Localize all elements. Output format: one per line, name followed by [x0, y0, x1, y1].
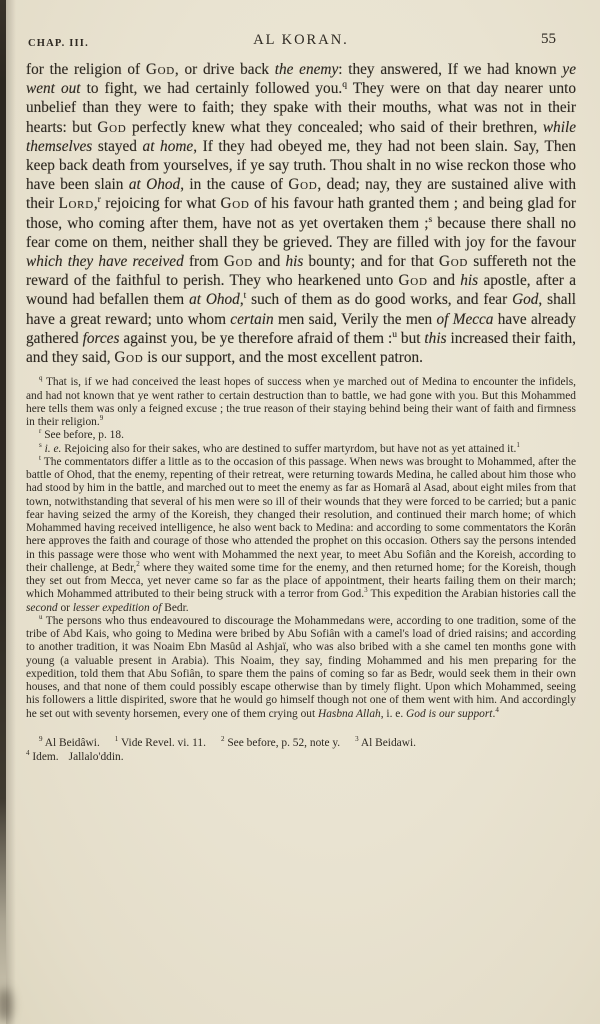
reference-marker: 2: [221, 735, 225, 743]
text-segment: second: [26, 602, 58, 614]
text-segment: stayed: [92, 138, 142, 155]
text-segment: Hasbna Allah: [318, 708, 381, 720]
text-segment: for the religion of: [26, 61, 146, 78]
page-header: CHAP. III. AL KORAN. 55: [26, 30, 576, 56]
footnotes: q That is, if we had conceived the least…: [26, 376, 576, 721]
text-segment: the enemy: [275, 61, 339, 78]
text-segment: from: [184, 253, 224, 270]
text-segment: , in the cause of: [180, 176, 288, 193]
text-segment: his: [460, 272, 478, 289]
reference-marker: 4: [26, 749, 30, 757]
note-marker: 1: [516, 441, 520, 449]
text-segment: forces: [83, 330, 120, 347]
reference-entry: Jallalo'ddin.: [69, 751, 124, 763]
reference-entry: 2 See before, p. 52, note y.: [221, 737, 340, 749]
text-segment: This expedition the Arabian histories ca…: [368, 588, 576, 600]
footnote-t: t The commentators differ a little as to…: [26, 456, 576, 615]
reference-line-2: 4 Idem.Jallalo'ddin.: [26, 750, 576, 765]
book-page: CHAP. III. AL KORAN. 55 for the religion…: [0, 0, 600, 1024]
text-segment: God: [224, 253, 253, 270]
reference-marker: 9: [39, 735, 43, 743]
text-segment: i. e.: [45, 443, 62, 455]
text-segment: , i. e.: [381, 708, 406, 720]
text-segment: God: [288, 176, 317, 193]
text-segment: is our support, and the most excellent p…: [143, 349, 423, 366]
footnote-q: q That is, if we had conceived the least…: [26, 376, 576, 429]
text-segment: Lord: [58, 195, 93, 212]
reference-entry: 9 Al Beidâwi.: [39, 737, 100, 749]
reference-entry: 3 Al Beidawi.: [355, 737, 416, 749]
text-segment: and: [253, 253, 286, 270]
reference-entry: 4 Idem.: [26, 751, 59, 763]
text-segment: but: [397, 330, 424, 347]
text-segment: Bedr.: [161, 602, 188, 614]
text-segment: See before, p. 18.: [41, 429, 124, 441]
references: 9 Al Beidâwi.1 Vide Revel. vi. 11.2 See …: [26, 736, 576, 765]
text-segment: and: [428, 272, 461, 289]
text-segment: God: [97, 119, 126, 136]
footnote-r: r See before, p. 18.: [26, 429, 576, 442]
text-segment: The persons who thus endeavoured to disc…: [26, 615, 576, 720]
note-marker: 4: [495, 706, 499, 714]
text-segment: rejoicing for what: [101, 195, 221, 212]
text-segment: against you, be ye therefore afraid of t…: [119, 330, 392, 347]
text-segment: men said, Verily the men: [274, 311, 437, 328]
text-segment: : they answered, If we had known: [338, 61, 562, 78]
footnote-s: s i. e. Rejoicing also for their sakes, …: [26, 443, 576, 456]
text-segment: Rejoicing also for their sakes, who are …: [61, 443, 516, 455]
binding-edge-shadow: [6, 0, 16, 1024]
text-segment: God: [399, 272, 428, 289]
footnote-u: u The persons who thus endeavoured to di…: [26, 615, 576, 721]
text-segment: to fight, we had certainly followed you.: [81, 80, 343, 97]
text-segment: such of them as do good works, and fear: [246, 291, 512, 308]
reference-entry: 1 Vide Revel. vi. 11.: [115, 737, 206, 749]
text-segment: God: [439, 253, 468, 270]
text-segment: That is, if we had conceived the least h…: [26, 376, 576, 428]
running-title: AL KORAN.: [26, 32, 576, 49]
text-segment: or: [58, 602, 73, 614]
text-segment: at Ohod: [189, 291, 240, 308]
text-segment: certain: [230, 311, 273, 328]
text-segment: this: [424, 330, 446, 347]
text-segment: bounty; and for that: [303, 253, 439, 270]
text-segment: God is our support: [406, 708, 492, 720]
reference-line-1: 9 Al Beidâwi.1 Vide Revel. vi. 11.2 See …: [26, 736, 576, 751]
text-segment: at home: [143, 138, 194, 155]
reference-marker: 3: [355, 735, 359, 743]
text-segment: which they have received: [26, 253, 184, 270]
text-segment: God: [146, 61, 175, 78]
reference-marker: 1: [115, 735, 119, 743]
page-content: CHAP. III. AL KORAN. 55 for the religion…: [26, 30, 576, 765]
text-segment: at Ohod: [129, 176, 180, 193]
text-segment: The commentators differ a little as to t…: [26, 456, 576, 574]
page-number: 55: [541, 31, 556, 48]
text-segment: his: [285, 253, 303, 270]
text-segment: , or drive back: [175, 61, 275, 78]
text-segment: God: [114, 349, 143, 366]
text-segment: God: [512, 291, 538, 308]
note-marker: 9: [100, 414, 104, 422]
main-text: for the religion of God, or drive back t…: [26, 60, 576, 367]
text-segment: of Mecca: [436, 311, 493, 328]
text-segment: lesser expedition of: [73, 602, 162, 614]
text-segment: perfectly knew what they concealed; who …: [126, 119, 542, 136]
text-segment: God: [220, 195, 249, 212]
